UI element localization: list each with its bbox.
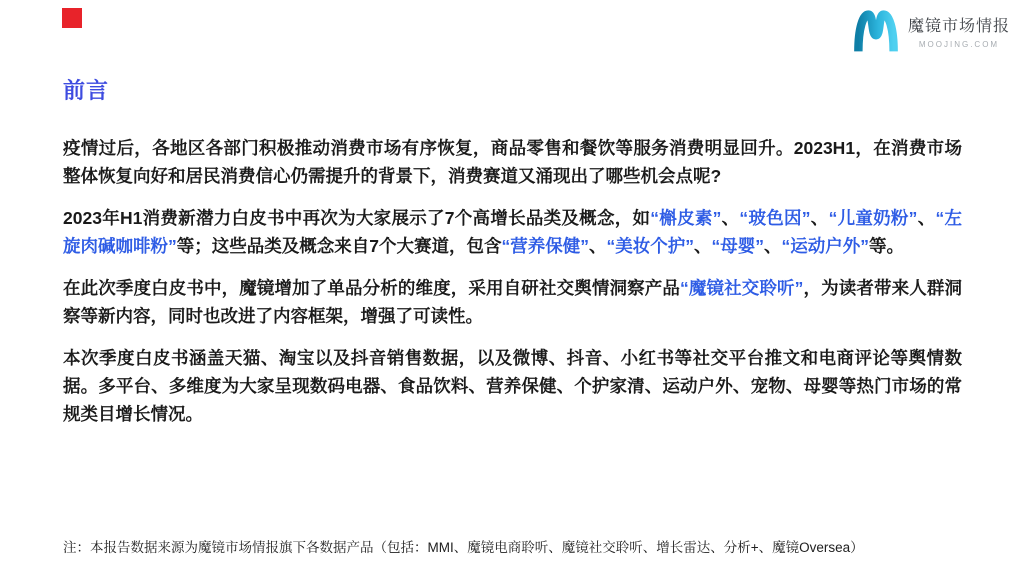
footnote: 注：本报告数据来源为魔镜市场情报旗下各数据产品（包括：MMI、魔镜电商聆听、魔镜… [63, 538, 864, 558]
text-run: 2023年H1消费新潜力白皮书中再次为大家展示了7个高增长品类及概念，如 [63, 208, 650, 228]
paragraph: 本次季度白皮书涵盖天猫、淘宝以及抖音销售数据，以及微博、抖音、小红书等社交平台推… [63, 344, 962, 428]
text-run: 、 [694, 236, 712, 256]
paragraph: 2023年H1消费新潜力白皮书中再次为大家展示了7个高增长品类及概念，如“槲皮素… [63, 204, 962, 260]
text-run: 本次季度白皮书涵盖天猫、淘宝以及抖音销售数据，以及微博、抖音、小红书等社交平台推… [63, 348, 962, 424]
highlighted-term: “魔镜社交聆听” [680, 278, 803, 298]
paragraph: 疫情过后，各地区各部门积极推动消费市场有序恢复，商品零售和餐饮等服务消费明显回升… [63, 134, 962, 190]
body-paragraphs: 疫情过后，各地区各部门积极推动消费市场有序恢复，商品零售和餐饮等服务消费明显回升… [63, 134, 962, 442]
paragraph: 在此次季度白皮书中，魔镜增加了单品分析的维度，采用自研社交舆情洞察产品“魔镜社交… [63, 274, 962, 330]
brand-text-block: 魔镜市场情报 MOOJING.COM [908, 17, 1010, 48]
text-run: 、 [917, 208, 935, 228]
text-run: 疫情过后，各地区各部门积极推动消费市场有序恢复，商品零售和餐饮等服务消费明显回升… [63, 138, 962, 186]
text-run: 、 [721, 208, 739, 228]
text-run: 、 [589, 236, 607, 256]
page-title: 前言 [63, 74, 109, 105]
text-run: 、 [811, 208, 829, 228]
highlighted-term: “母婴” [711, 236, 764, 256]
highlighted-term: “玻色因” [739, 208, 810, 228]
highlighted-term: “槲皮素” [650, 208, 721, 228]
text-run: 、 [764, 236, 782, 256]
brand-name: 魔镜市场情报 [908, 17, 1010, 36]
highlighted-term: “美妆个护” [606, 236, 694, 256]
highlighted-term: “运动户外” [781, 236, 869, 256]
moojing-m-logo-icon [853, 8, 899, 58]
text-run: 等。 [869, 236, 904, 256]
highlighted-term: “儿童奶粉” [829, 208, 918, 228]
highlighted-term: “营养保健” [501, 236, 589, 256]
text-run: 在此次季度白皮书中，魔镜增加了单品分析的维度，采用自研社交舆情洞察产品 [63, 278, 680, 298]
brand-logo: 魔镜市场情报 MOOJING.COM [853, 8, 1010, 58]
slide: 魔镜市场情报 MOOJING.COM 前言 疫情过后，各地区各部门积极推动消费市… [0, 0, 1024, 576]
text-run: 等；这些品类及概念来自7个大赛道，包含 [177, 236, 502, 256]
red-square-marker [62, 8, 82, 28]
brand-domain: MOOJING.COM [919, 40, 999, 49]
